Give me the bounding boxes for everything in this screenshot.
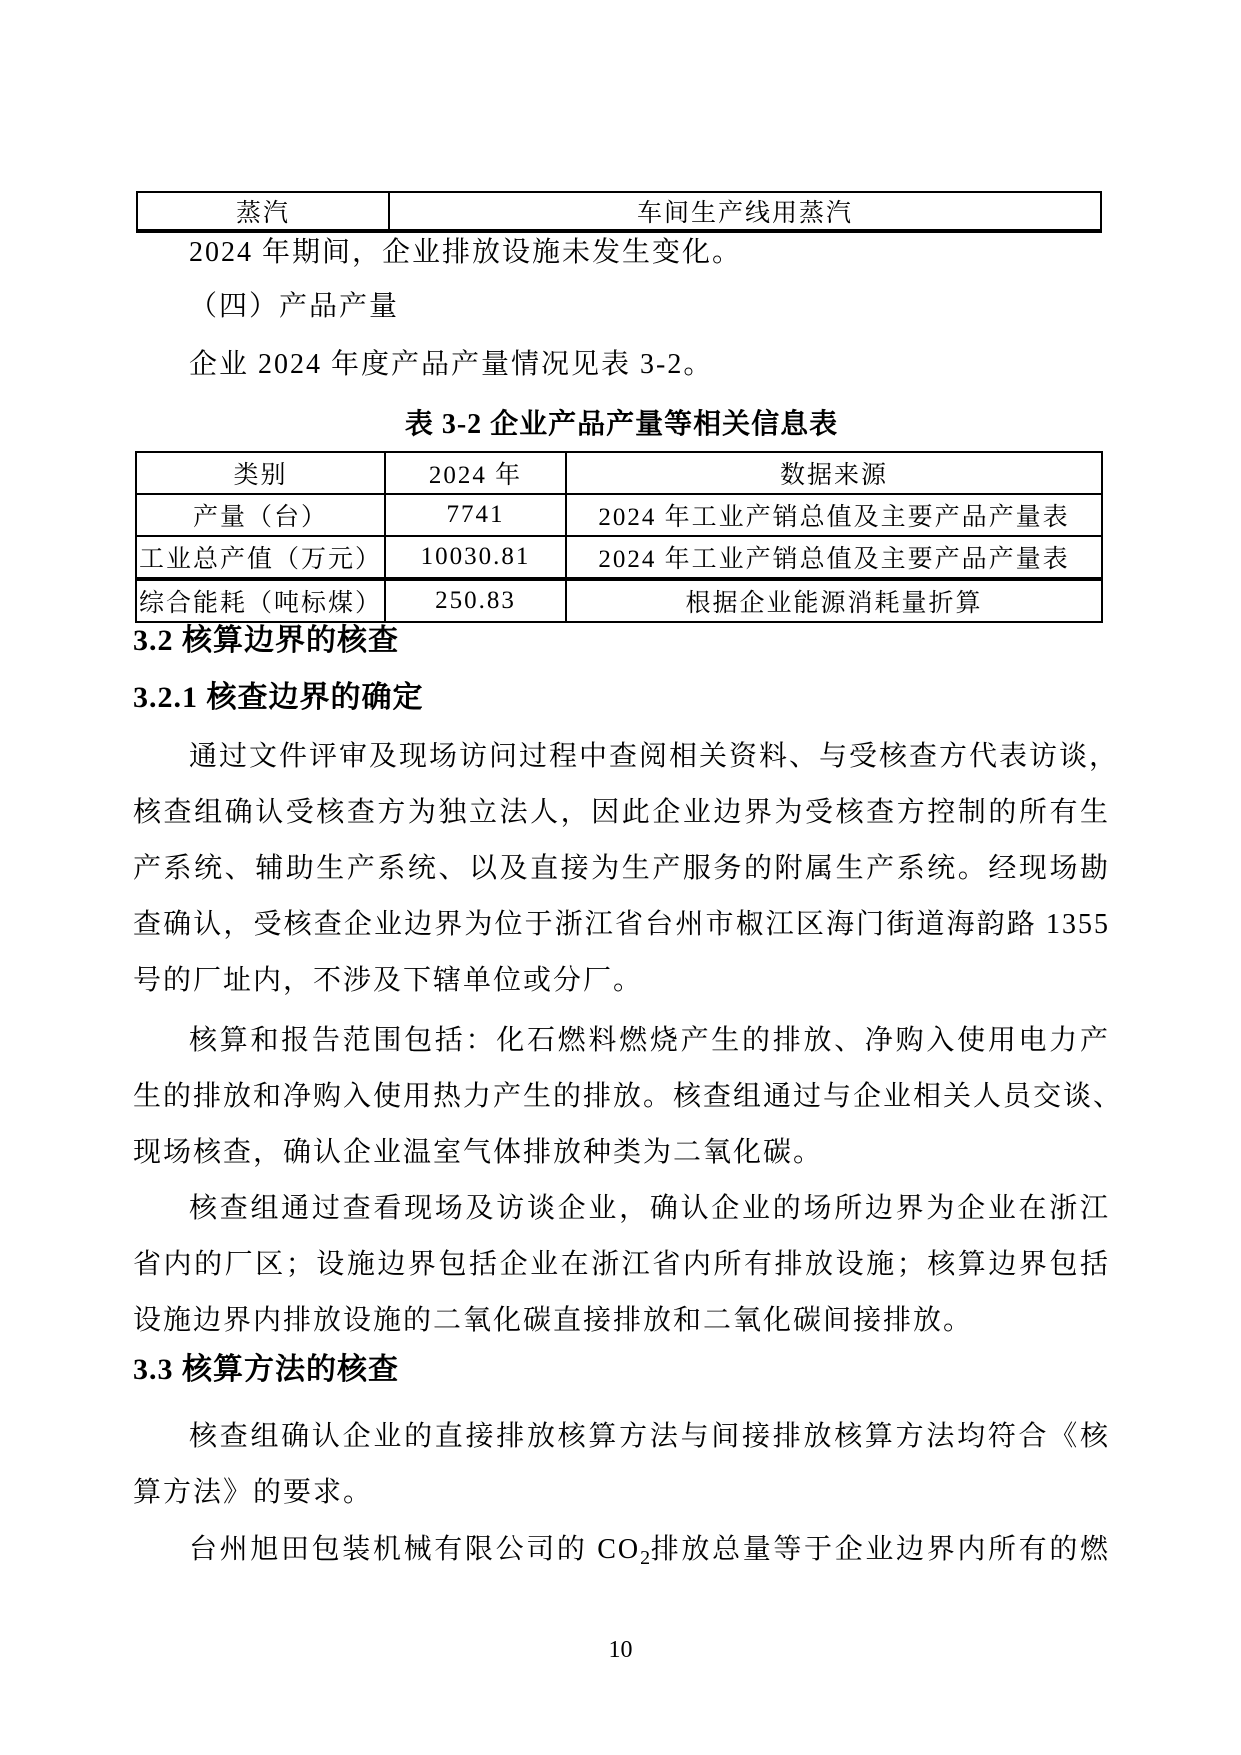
paragraph-table-reference: 企业 2024 年度产品产量情况见表 3-2。	[133, 337, 1110, 393]
table-cell: 10030.81	[386, 537, 567, 577]
table-row: 工业总产值（万元） 10030.81 2024 年工业产销总值及主要产品产量表	[137, 535, 1101, 577]
paragraph-line: 核查组确认受核查方为独立法人，因此企业边界为受核查方控制的所有生	[133, 785, 1110, 841]
continued-table-cell-usage: 车间生产线用蒸汽	[390, 193, 1100, 229]
paragraph-line: 产系统、辅助生产系统、以及直接为生产服务的附属生产系统。经现场勘	[133, 841, 1110, 897]
table-cell: 产量（台）	[137, 495, 386, 535]
paragraph-line: 核算和报告范围包括：化石燃料燃烧产生的排放、净购入使用电力产	[133, 1013, 1110, 1069]
heading-3-3: 3.3 核算方法的核查	[133, 1342, 1110, 1398]
paragraph-line: 通过文件评审及现场访问过程中查阅相关资料、与受核查方代表访谈，	[133, 729, 1110, 785]
table-3-2: 类别 2024 年 数据来源 产量（台） 7741 2024 年工业产销总值及主…	[135, 451, 1103, 623]
page-number: 10	[0, 1636, 1241, 1664]
paragraph-line: 企业 2024 年度产品产量情况见表 3-2。	[133, 337, 1110, 393]
table-cell: 工业总产值（万元）	[137, 537, 386, 577]
paragraph-method-check: 核查组确认企业的直接排放核算方法与间接排放核算方法均符合《核 算方法》的要求。	[133, 1409, 1110, 1521]
table-cell: 2024 年工业产销总值及主要产品产量表	[567, 537, 1101, 577]
paragraph-line: 2024 年期间，企业排放设施未发生变化。	[133, 225, 1110, 281]
continued-table-cell-type: 蒸汽	[138, 193, 390, 229]
paragraph-site-boundary: 核查组通过查看现场及访谈企业，确认企业的场所边界为企业在浙江 省内的厂区；设施边…	[133, 1181, 1110, 1349]
co2-subscript: 2	[640, 1547, 650, 1569]
table-row: 产量（台） 7741 2024 年工业产销总值及主要产品产量表	[137, 493, 1101, 535]
paragraph-section4-title: （四）产品产量	[133, 279, 1110, 335]
heading-3-2: 3.2 核算边界的核查	[133, 613, 1110, 669]
paragraph-line: 现场核查，确认企业温室气体排放种类为二氧化碳。	[133, 1125, 1110, 1181]
paragraph-co2-total: 台州旭田包装机械有限公司的 CO2排放总量等于企业边界内所有的燃	[133, 1522, 1110, 1578]
paragraph-line: 核查组确认企业的直接排放核算方法与间接排放核算方法均符合《核	[133, 1409, 1110, 1465]
paragraph-boundary-determination: 通过文件评审及现场访问过程中查阅相关资料、与受核查方代表访谈， 核查组确认受核查…	[133, 729, 1110, 1009]
table-header-source: 数据来源	[567, 453, 1101, 493]
table-3-2-caption: 表 3-2 企业产品产量等相关信息表	[133, 403, 1110, 447]
document-page: 蒸汽 车间生产线用蒸汽 2024 年期间，企业排放设施未发生变化。 （四）产品产…	[0, 0, 1241, 1755]
paragraph-line: 生的排放和净购入使用热力产生的排放。核查组通过与企业相关人员交谈、	[133, 1069, 1110, 1125]
paragraph-reporting-scope: 核算和报告范围包括：化石燃料燃烧产生的排放、净购入使用电力产 生的排放和净购入使…	[133, 1013, 1110, 1181]
paragraph-line: 算方法》的要求。	[133, 1465, 1110, 1521]
paragraph-line: 查确认，受核查企业边界为位于浙江省台州市椒江区海门街道海韵路 1355	[133, 897, 1110, 953]
heading-3-2-1: 3.2.1 核查边界的确定	[133, 670, 1110, 726]
paragraph-line: 台州旭田包装机械有限公司的 CO2排放总量等于企业边界内所有的燃	[133, 1522, 1110, 1578]
paragraph-facility-change: 2024 年期间，企业排放设施未发生变化。	[133, 225, 1110, 281]
paragraph-line: 核查组通过查看现场及访谈企业，确认企业的场所边界为企业在浙江	[133, 1181, 1110, 1237]
paragraph-line: 设施边界内排放设施的二氧化碳直接排放和二氧化碳间接排放。	[133, 1293, 1110, 1349]
table-header-category: 类别	[137, 453, 386, 493]
table-cell: 7741	[386, 495, 567, 535]
paragraph-line: 省内的厂区；设施边界包括企业在浙江省内所有排放设施；核算边界包括	[133, 1237, 1110, 1293]
co2-line-pre: 台州旭田包装机械有限公司的 CO	[189, 1534, 640, 1565]
paragraph-line: （四）产品产量	[133, 279, 1110, 335]
paragraph-line: 号的厂址内，不涉及下辖单位或分厂。	[133, 953, 1110, 1009]
co2-line-post: 排放总量等于企业边界内所有的燃	[650, 1534, 1110, 1565]
table-cell: 2024 年工业产销总值及主要产品产量表	[567, 495, 1101, 535]
table-header-row: 类别 2024 年 数据来源	[137, 453, 1101, 493]
table-header-year: 2024 年	[386, 453, 567, 493]
